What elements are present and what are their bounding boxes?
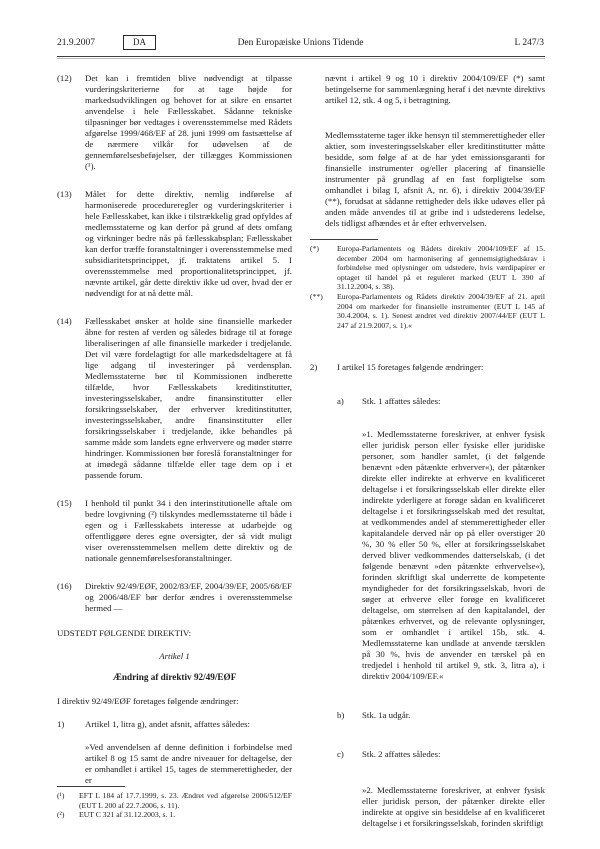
- sub-item-text: Stk. 1a udgår.: [362, 710, 545, 721]
- footnote-text: EFT L 184 af 17.7.1999, s. 23. Ændret ve…: [79, 791, 292, 810]
- right-column: nævnt i artikel 9 og 10 i direktiv 2004/…: [310, 73, 545, 815]
- item-text: Artikel 1, litra g), andet afsnit, affat…: [85, 719, 292, 730]
- sub-item-text: Stk. 1 affattes således:: [362, 396, 545, 407]
- two-column-body: (12) Det kan i fremtiden blive nødvendig…: [57, 73, 545, 815]
- footnote-separator: [310, 239, 378, 240]
- recital-13: (13) Målet for dette direktiv, nemlig in…: [57, 189, 292, 299]
- sub-item-a-quoted-text: »1. Medlemsstaterne foreskriver, at enhv…: [362, 429, 545, 682]
- recital-text: Fællesskabet ønsker at holde sine finans…: [85, 316, 292, 481]
- footnote-marker: (¹): [57, 791, 79, 810]
- right-footnotes: (*) Europa-Parlamentets og Rådets direkt…: [310, 239, 545, 330]
- article-number: Artikel 1: [57, 651, 292, 662]
- footnote-star: (*) Europa-Parlamentets og Rådets direkt…: [310, 244, 545, 292]
- sub-item-text: Stk. 2 affattes således:: [362, 749, 545, 760]
- article-title: Ændring af direktiv 92/49/EØF: [57, 672, 292, 683]
- recital-text: I henhold til punkt 34 i den interinstit…: [85, 498, 292, 564]
- amendment-item-1: 1) Artikel 1, litra g), andet afsnit, af…: [57, 719, 292, 730]
- recital-number: (16): [57, 581, 85, 614]
- footnote-marker: (²): [57, 810, 79, 820]
- recital-14: (14) Fællesskabet ønsker at holde sine f…: [57, 316, 292, 481]
- footnote-separator: [57, 786, 125, 787]
- sub-item-letter: a): [337, 396, 362, 407]
- footnote-text: Europa-Parlamentets og Rådets direktiv 2…: [337, 244, 545, 292]
- left-footnotes: (¹) EFT L 184 af 17.7.1999, s. 23. Ændre…: [57, 786, 292, 820]
- recital-16: (16) Direktiv 92/49/EØF, 2002/83/EF, 200…: [57, 581, 292, 614]
- header-rule: [57, 56, 545, 59]
- recital-15: (15) I henhold til punkt 34 i den interi…: [57, 498, 292, 564]
- continuation-paragraph-1: nævnt i artikel 9 og 10 i direktiv 2004/…: [325, 73, 545, 106]
- footnote-marker: (**): [310, 292, 337, 330]
- amendments-intro: I direktiv 92/49/EØF foretages følgende …: [57, 696, 292, 707]
- amendment-item-2: 2) I artikel 15 foretages følgende ændri…: [310, 362, 545, 373]
- recital-text: Direktiv 92/49/EØF, 2002/83/EF, 2004/39/…: [85, 581, 292, 614]
- footnote-1: (¹) EFT L 184 af 17.7.1999, s. 23. Ændre…: [57, 791, 292, 810]
- sub-item-letter: c): [337, 749, 362, 760]
- journal-page: 21.9.2007 Den Europæiske Unions Tidende …: [0, 0, 600, 849]
- left-column: (12) Det kan i fremtiden blive nødvendig…: [57, 73, 292, 815]
- item-number: 2): [310, 362, 337, 373]
- footnote-double-star: (**) Europa-Parlamentets og Rådets direk…: [310, 292, 545, 330]
- item-text: I artikel 15 foretages følgende ændringe…: [337, 362, 545, 373]
- recital-number: (15): [57, 498, 85, 564]
- page-number: L 247/3: [515, 36, 544, 50]
- page-header: 21.9.2007 Den Europæiske Unions Tidende …: [57, 36, 544, 52]
- sub-item-c-quoted-text: »2. Medlemsstaterne foreskriver, at enhv…: [362, 785, 545, 829]
- recital-number: (14): [57, 316, 85, 481]
- footnote-2: (²) EUT C 321 af 31.12.2003, s. 1.: [57, 810, 292, 820]
- recital-number: (12): [57, 73, 85, 172]
- language-badge: DA: [123, 35, 156, 50]
- recital-number: (13): [57, 189, 85, 299]
- sub-item-letter: b): [337, 710, 362, 721]
- footnote-text: Europa-Parlamentets og Rådets direktiv 2…: [337, 292, 545, 330]
- enacting-formula: UDSTEDT FØLGENDE DIREKTIV:: [57, 628, 292, 639]
- item-number: 1): [57, 719, 85, 730]
- recital-12: (12) Det kan i fremtiden blive nødvendig…: [57, 73, 292, 172]
- footnote-marker: (*): [310, 244, 337, 292]
- continuation-paragraph-2: Medlemsstaterne tager ikke hensyn til st…: [325, 130, 545, 229]
- recital-text: Det kan i fremtiden blive nødvendigt at …: [85, 73, 292, 172]
- sub-item-a: a) Stk. 1 affattes således:: [337, 396, 545, 407]
- item-1-quoted-text: »Ved anvendelsen af denne definition i f…: [85, 742, 292, 786]
- sub-item-b: b) Stk. 1a udgår.: [337, 710, 545, 721]
- sub-item-c: c) Stk. 2 affattes således:: [337, 749, 545, 760]
- recital-text: Målet for dette direktiv, nemlig indføre…: [85, 189, 292, 299]
- footnote-text: EUT C 321 af 31.12.2003, s. 1.: [79, 810, 292, 820]
